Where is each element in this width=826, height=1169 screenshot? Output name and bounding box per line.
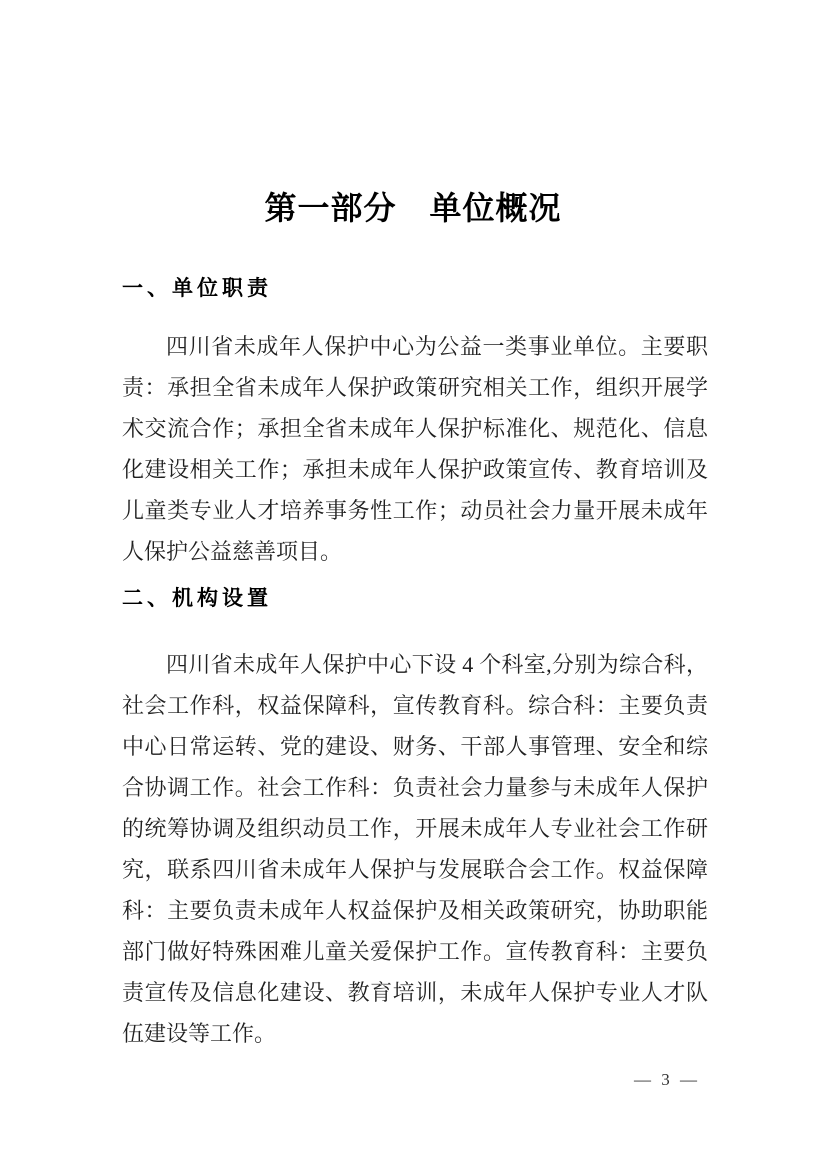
text-line: 化建设相关工作；承担未成年人保护政策宣传、教育培训及 [122,449,708,490]
text-line: 社会工作科，权益保障科，宣传教育科。综合科：主要负责 [122,685,708,726]
text-line: 四川省未成年人保护中心下设 4 个科室,分别为综合科， [122,644,708,685]
text-line: 伍建设等工作。 [122,1013,708,1054]
text-line: 究，联系四川省未成年人保护与发展联合会工作。权益保障 [122,849,708,890]
text-line: 四川省未成年人保护中心为公益一类事业单位。主要职 [122,326,708,367]
text-line: 责宣传及信息化建设、教育培训，未成年人保护专业人才队 [122,972,708,1013]
page-number: — 3 — [634,1070,700,1090]
text-line: 术交流合作；承担全省未成年人保护标准化、规范化、信息 [122,408,708,449]
text-line: 责：承担全省未成年人保护政策研究相关工作，组织开展学 [122,367,708,408]
text-line: 科：主要负责未成年人权益保护及相关政策研究，协助职能 [122,890,708,931]
page-title: 第一部分 单位概况 [0,183,826,229]
section-body-structure: 四川省未成年人保护中心下设 4 个科室,分别为综合科，社会工作科，权益保障科，宣… [122,644,708,1054]
text-line: 儿童类专业人才培养事务性工作；动员社会力量开展未成年 [122,490,708,531]
section-body-duties: 四川省未成年人保护中心为公益一类事业单位。主要职责：承担全省未成年人保护政策研究… [122,326,708,572]
text-line: 中心日常运转、党的建设、财务、干部人事管理、安全和综 [122,726,708,767]
text-line: 合协调工作。社会工作科：负责社会力量参与未成年人保护 [122,767,708,808]
document-page: 第一部分 单位概况 一、单位职责 四川省未成年人保护中心为公益一类事业单位。主要… [0,0,826,1169]
text-line: 人保护公益慈善项目。 [122,531,708,572]
text-line: 部门做好特殊困难儿童关爱保护工作。宣传教育科：主要负 [122,931,708,972]
section-heading-structure: 二、机构设置 [122,582,272,612]
section-heading-duties: 一、单位职责 [122,272,272,302]
text-line: 的统筹协调及组织动员工作，开展未成年人专业社会工作研 [122,808,708,849]
